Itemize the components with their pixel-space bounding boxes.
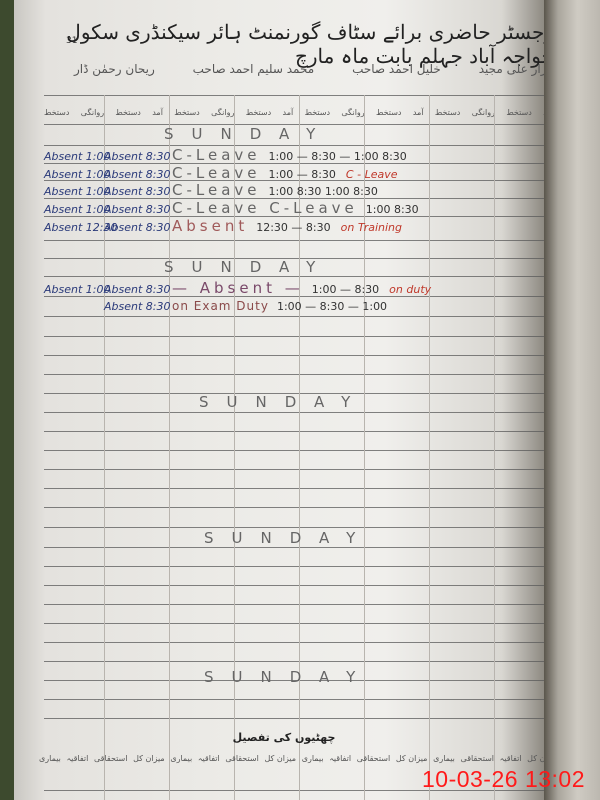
departure-time: Absent 1:00 — [44, 283, 104, 296]
staff-name: ریحان رحمٰن ڈار — [74, 62, 155, 76]
staff-name: محمد سلیم احمد صاحب — [193, 62, 315, 76]
leave-column: استحقاقی — [225, 754, 258, 763]
signature: 1:00 — 8:30 — 1:00 — [277, 300, 387, 313]
note: C - Leave — [346, 168, 398, 181]
leave-column: اتفاقیہ — [66, 754, 88, 763]
leave-column: بیماری — [170, 754, 192, 763]
column-header: دستخط — [174, 108, 199, 117]
column-header: دستخط — [305, 108, 330, 117]
note: on duty — [389, 283, 431, 296]
staff-name: ابرار علی مجید — [479, 62, 554, 76]
sunday-label: SUNDAY — [199, 393, 368, 411]
status: C-Leave — [172, 181, 261, 199]
leave-column: استحقاقی — [357, 754, 390, 763]
sunday-label: SUNDAY — [204, 668, 373, 686]
leave-column: اتفاقیہ — [500, 754, 522, 763]
column-header: روانگی — [472, 108, 495, 117]
arrival-time: Absent 8:30 — [104, 300, 164, 313]
arrival-time: Absent 8:30 — [104, 203, 164, 216]
staff-name: خلیل احمد صاحب — [352, 62, 441, 76]
column-header: دستخط — [115, 108, 140, 117]
signature: 1:00 — 8:30 — [269, 168, 336, 181]
attendance-row: Absent 1:00Absent 8:30— Absent —1:00 — 8… — [44, 279, 431, 295]
leave-column: بیماری — [433, 754, 455, 763]
attendance-row: Absent 1:00Absent 8:30C-Leave1:00 — 8:30… — [44, 164, 397, 180]
departure-time: Absent 1:00 — [44, 150, 104, 163]
leave-column: استحقاقی — [461, 754, 494, 763]
status: — Absent — — [172, 279, 304, 297]
facing-page — [544, 0, 600, 800]
leave-columns: میزان کل اتفاقیہ استحقاقی بیماری میزان ک… — [39, 754, 559, 763]
signature: 1:00 — 8:30 — 1:00 8:30 — [269, 150, 407, 163]
attendance-row: Absent 1:00Absent 8:30C-Leave C-Leave1:0… — [44, 199, 419, 215]
note: on Training — [341, 221, 402, 234]
leave-column: بیماری — [302, 754, 324, 763]
column-header: روانگی — [81, 108, 104, 117]
column-header: دستخط — [44, 108, 69, 117]
signature: 1:00 8:30 — [366, 203, 419, 216]
leave-column: استحقاقی — [94, 754, 127, 763]
column-header: آمد — [283, 108, 294, 117]
arrival-time: Absent 8:30 — [104, 283, 164, 296]
register-title: رجسٹر حاضری برائے سٹاف گورنمنٹ ہائر سیکن… — [54, 20, 554, 60]
leave-column: اتفاقیہ — [329, 754, 351, 763]
signature: 12:30 — 8:30 — [256, 221, 330, 234]
arrival-time: Absent 8:30 — [104, 185, 164, 198]
sunday-label: SUNDAY — [164, 258, 333, 276]
leave-column: میزان کل — [133, 754, 165, 763]
column-header: روانگی — [211, 108, 234, 117]
attendance-row: Absent 1:00Absent 8:30C-Leave1:00 — 8:30… — [44, 146, 407, 162]
leave-column: بیماری — [39, 754, 61, 763]
attendance-row: Absent 8:30on Exam Duty1:00 — 8:30 — 1:0… — [44, 299, 387, 315]
arrival-time: Absent 8:30 — [104, 150, 164, 163]
leave-column: اتفاقیہ — [198, 754, 220, 763]
sunday-label: SUNDAY — [204, 529, 373, 547]
column-header: دستخط — [506, 108, 531, 117]
arrival-time: Absent 8:30 — [104, 168, 164, 181]
signature: 1:00 — 8:30 — [312, 283, 379, 296]
status: on Exam Duty — [172, 299, 269, 313]
leave-details-title: چھٹیوں کی تفصیل — [14, 731, 554, 744]
timestamp: 10-03-26 13:02 — [422, 766, 585, 793]
leave-column: میزان کل — [264, 754, 296, 763]
departure-time: Absent 1:00 — [44, 185, 104, 198]
sunday-label: SUNDAY — [164, 125, 333, 143]
column-header: دستخط — [435, 108, 460, 117]
column-header: روانگی — [341, 108, 364, 117]
register-page: 31 رجسٹر حاضری برائے سٹاف گورنمنٹ ہائر س… — [14, 0, 544, 800]
leave-column: میزان کل — [396, 754, 428, 763]
column-header: آمد — [413, 108, 424, 117]
attendance-row: Absent 12:30Absent 8:30Absent12:30 — 8:3… — [44, 217, 402, 233]
departure-time: Absent 1:00 — [44, 168, 104, 181]
status: C-Leave — [172, 164, 261, 182]
status: C-Leave — [172, 146, 261, 164]
departure-time: Absent 12:30 — [44, 221, 104, 234]
departure-time: Absent 1:00 — [44, 203, 104, 216]
status: Absent — [172, 217, 248, 235]
column-header: آمد — [152, 108, 163, 117]
column-header: دستخط — [376, 108, 401, 117]
signature: 1:00 8:30 1:00 8:30 — [269, 185, 378, 198]
arrival-time: Absent 8:30 — [104, 221, 164, 234]
status: C-Leave C-Leave — [172, 199, 358, 217]
column-header: دستخط — [246, 108, 271, 117]
attendance-row: Absent 1:00Absent 8:30C-Leave1:00 8:30 1… — [44, 181, 378, 197]
staff-names: ریحان رحمٰن ڈار محمد سلیم احمد صاحب خلیل… — [74, 62, 554, 76]
